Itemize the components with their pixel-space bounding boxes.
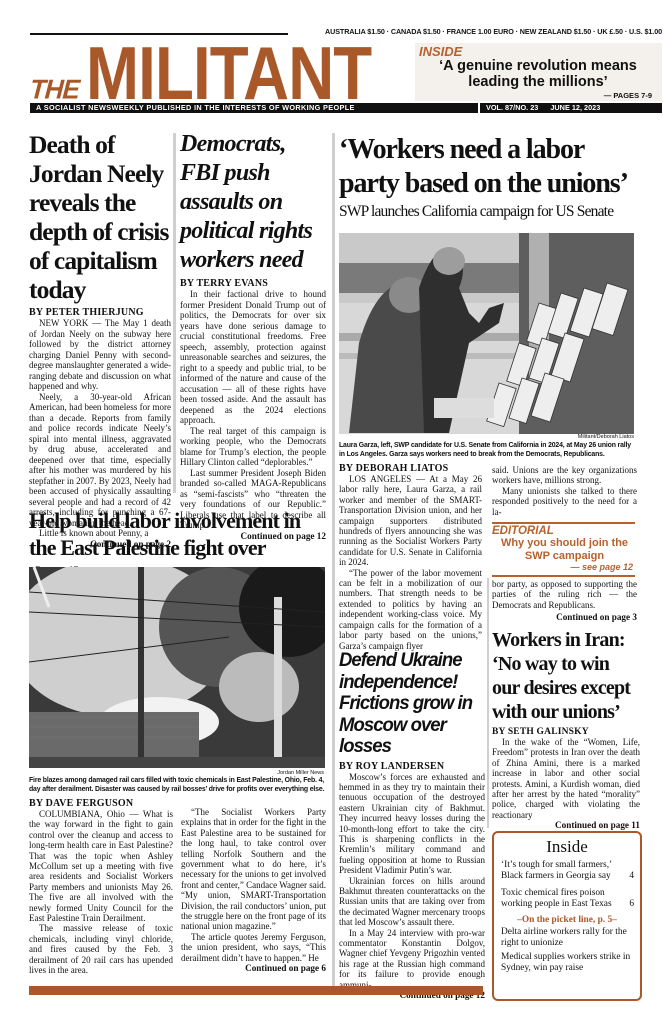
inside-index-title: Inside: [494, 837, 640, 857]
photo-caption-derailment: Fire blazes among damaged rail cars fill…: [29, 776, 329, 794]
article-neely: Death of Jordan Neely reveals the depth …: [29, 130, 171, 549]
column-rule: [332, 133, 335, 986]
inside-index-item[interactable]: ‘It’s tough for small farmers,’ Black fa…: [494, 860, 640, 882]
photo-garza-book-table: [339, 233, 634, 434]
headline-labor-party[interactable]: ‘Workers need a labor party based on the…: [339, 133, 645, 201]
article-ukraine: Defend Ukraine independence! Frictions g…: [339, 650, 485, 1000]
editorial-rule: [492, 522, 635, 524]
body-neely: NEW YORK — The May 1 death of Jordan Nee…: [29, 318, 171, 539]
headline-ukraine[interactable]: Defend Ukraine independence! Frictions g…: [339, 650, 478, 758]
byline-iran: BY SETH GALINSKY: [492, 727, 640, 737]
volume-number: VOL. 87/NO. 23: [486, 103, 538, 112]
picket-line-header[interactable]: –On the picket line, p. 5–: [494, 915, 640, 925]
photo-derailment-fire: [29, 567, 325, 768]
inside-index-page: 6: [629, 899, 634, 910]
column-rule: [173, 133, 176, 493]
issue-date: JUNE 12, 2023: [550, 103, 600, 112]
article-east-palestine-col1: BY DAVE FERGUSON COLUMBIANA, Ohio — What…: [29, 798, 173, 976]
photo-credit-garza: Militant/Deborah Liatos: [500, 434, 634, 440]
logo-the: THE: [29, 73, 80, 106]
headline-neely[interactable]: Death of Jordan Neely reveals the depth …: [29, 130, 171, 304]
inside-index-page: 4: [629, 871, 634, 882]
editorial-rule: [492, 575, 635, 577]
article-labor-party-col1: BY DEBORAH LIATOS LOS ANGELES — At a May…: [339, 463, 482, 651]
headline-democrats[interactable]: Democrats, FBI push assaults on politica…: [180, 130, 326, 275]
continued-link-iran[interactable]: Continued on page 11: [492, 820, 640, 830]
byline-democrats: BY TERRY EVANS: [180, 278, 326, 289]
article-iran: Workers in Iran: ‘No way to win our desi…: [492, 628, 640, 830]
byline-east-palestine: BY DAVE FERGUSON: [29, 798, 173, 809]
footer-bar: [29, 986, 483, 995]
continued-link-labor-party[interactable]: Continued on page 3: [492, 612, 637, 622]
inside-teaser-label: INSIDE: [419, 44, 462, 59]
volume-date-bar: VOL. 87/NO. 23 JUNE 12, 2023: [480, 103, 662, 113]
byline-labor-party: BY DEBORAH LIATOS: [339, 463, 482, 474]
tagline-bar: A SOCIALIST NEWSWEEKLY PUBLISHED IN THE …: [30, 103, 478, 113]
subhead-labor-party: SWP launches California campaign for US …: [339, 203, 645, 221]
article-east-palestine-col2: “The Socialist Workers Party explains th…: [181, 807, 326, 973]
editorial-label: EDITORIAL: [492, 525, 637, 537]
inside-teaser-headline[interactable]: ‘A genuine revolution means leading the …: [418, 58, 658, 90]
picket-line-item[interactable]: Medical supplies workers strike in Sydne…: [494, 952, 640, 974]
column-rule: [487, 578, 489, 828]
editorial-promo[interactable]: EDITORIAL Why you should join the SWP ca…: [492, 525, 637, 572]
editorial-title[interactable]: Why you should join the SWP campaign: [492, 537, 637, 562]
byline-neely: BY PETER THIERJUNG: [29, 307, 171, 318]
editorial-see-page[interactable]: — see page 12: [492, 562, 637, 572]
picket-line-item[interactable]: Delta airline workers rally for the righ…: [494, 927, 640, 949]
inside-teaser-pages: — PAGES 7-9: [540, 91, 652, 100]
article-democrats: Democrats, FBI push assaults on politica…: [180, 130, 326, 541]
article-labor-party-col2: said. Unions are the key organizations w…: [492, 465, 637, 517]
byline-ukraine: BY ROY LANDERSEN: [339, 761, 485, 772]
headline-iran[interactable]: Workers in Iran: ‘No way to win our desi…: [492, 628, 640, 724]
article-labor-party-col2-end: bor party, as opposed to supporting the …: [492, 579, 637, 622]
body-democrats: In their factional drive to hound former…: [180, 289, 326, 531]
logo-militant: MILITANT: [86, 36, 371, 111]
inside-index-item[interactable]: Toxic chemical fires poison working peop…: [494, 888, 640, 910]
inside-index-box: Inside ‘It’s tough for small farmers,’ B…: [492, 831, 642, 1001]
photo-caption-garza: Laura Garza, left, SWP candidate for U.S…: [339, 441, 637, 459]
continued-link-east-palestine[interactable]: Continued on page 6: [181, 963, 326, 973]
